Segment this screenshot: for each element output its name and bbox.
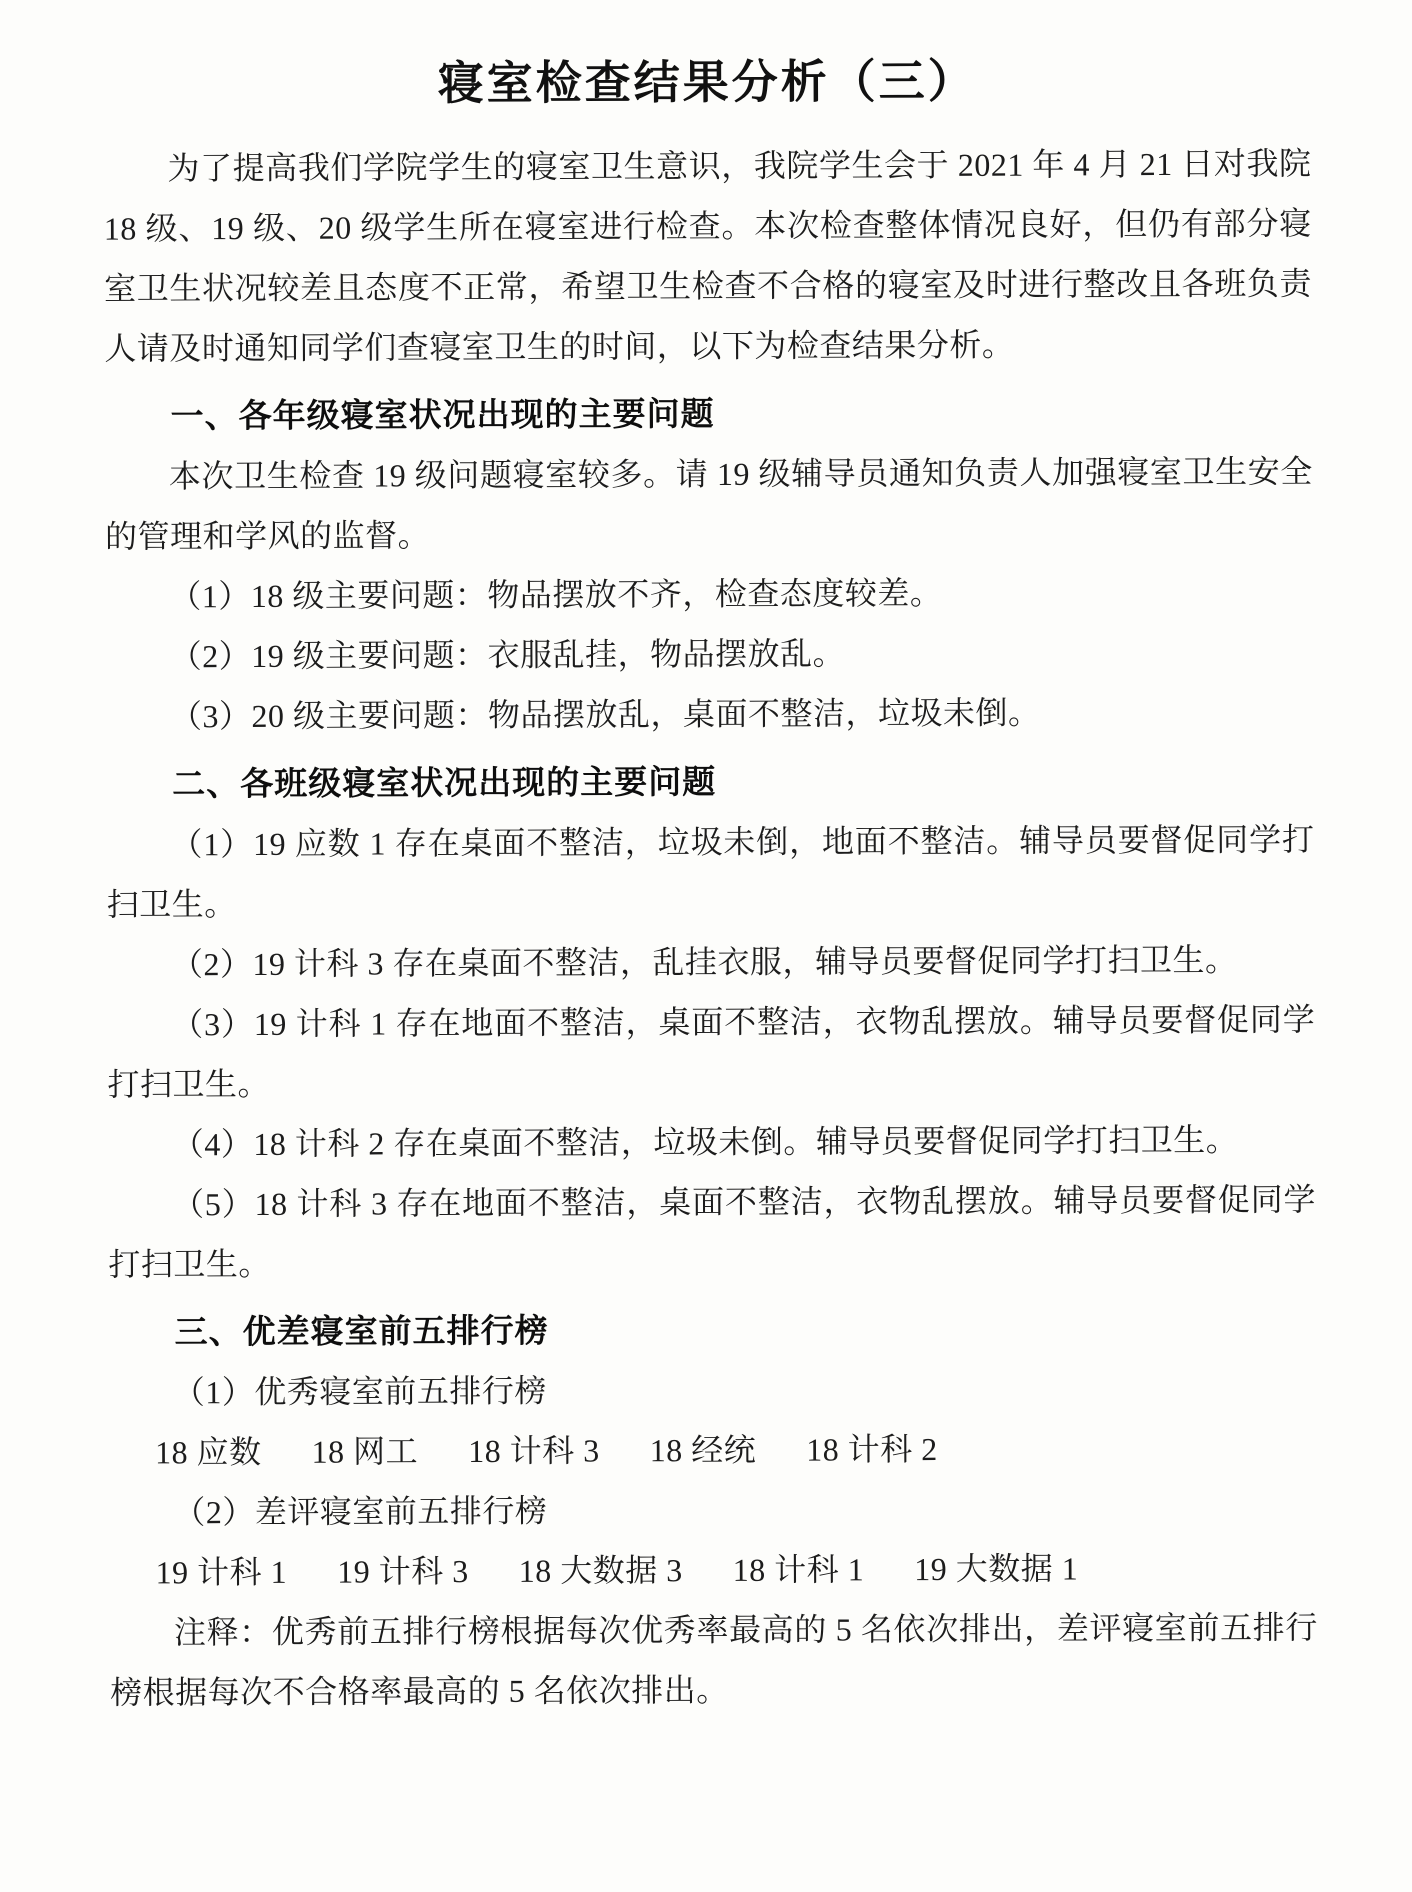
section-2-item-1: （1）19 应数 1 存在桌面不整洁，垃圾未倒，地面不整洁。辅导员要督促同学打扫… (106, 809, 1315, 934)
document-content: 寝室检查结果分析（三） 为了提高我们学院学生的寝室卫生意识，我院学生会于 202… (103, 47, 1318, 1722)
section-2-item-2: （2）19 计科 3 存在桌面不整洁，乱挂衣服，辅导员要督促同学打扫卫生。 (107, 929, 1315, 994)
excellent-dorm-rank-row: 18 应数 18 网工 18 计科 3 18 经统 18 计科 2 (109, 1417, 1317, 1482)
section-3-heading: 三、优差寝室前五排行榜 (108, 1297, 1316, 1362)
poor-dorm-rank-row: 19 计科 1 19 计科 3 18 大数据 3 18 计科 1 19 大数据 … (110, 1537, 1318, 1602)
poor-rank-entry-1: 19 计科 1 (156, 1542, 288, 1603)
poor-dorm-sublist-label: （2）差评寝室前五排行榜 (109, 1477, 1317, 1542)
document-title: 寝室检查结果分析（三） (103, 47, 1311, 116)
section-1-item-1: （1）18 级主要问题：物品摆放不齐，检查态度较差。 (105, 561, 1313, 626)
document-page: 寝室检查结果分析（三） 为了提高我们学院学生的寝室卫生意识，我院学生会于 202… (0, 0, 1412, 1892)
section-2-item-3: （3）19 计科 1 存在地面不整洁，桌面不整洁，衣物乱摆放。辅导员要督促同学打… (107, 989, 1316, 1114)
intro-paragraph: 为了提高我们学院学生的寝室卫生意识，我院学生会于 2021 年 4 月 21 日… (103, 133, 1312, 378)
section-2-item-5: （5）18 计科 3 存在地面不整洁，桌面不整洁，衣物乱摆放。辅导员要督促同学打… (108, 1169, 1317, 1294)
poor-rank-entry-3: 18 大数据 3 (519, 1540, 683, 1601)
section-1-item-3: （3）20 级主要问题：物品摆放乱，桌面不整洁，垃圾未倒。 (106, 681, 1314, 746)
poor-rank-entry-5: 19 大数据 1 (914, 1538, 1078, 1599)
note-paragraph: 注释：优秀前五排行榜根据每次优秀率最高的 5 名依次排出，差评寝室前五排行榜根据… (110, 1597, 1319, 1722)
section-1-lead-paragraph: 本次卫生检查 19 级问题寝室较多。请 19 级辅导员通知负责人加强寝室卫生安全… (105, 441, 1314, 566)
excellent-rank-entry-4: 18 经统 (650, 1420, 757, 1480)
poor-rank-entry-4: 18 计科 1 (733, 1539, 865, 1600)
excellent-rank-entry-3: 18 计科 3 (468, 1420, 600, 1481)
poor-rank-entry-2: 19 计科 3 (337, 1541, 469, 1602)
section-1-heading: 一、各年级寝室状况出现的主要问题 (104, 381, 1312, 446)
section-2-item-4: （4）18 计科 2 存在桌面不整洁，垃圾未倒。辅导员要督促同学打扫卫生。 (108, 1109, 1316, 1174)
excellent-dorm-sublist-label: （1）优秀寝室前五排行榜 (109, 1357, 1317, 1422)
excellent-rank-entry-2: 18 网工 (311, 1421, 418, 1481)
excellent-rank-entry-5: 18 计科 2 (806, 1419, 938, 1480)
section-2-heading: 二、各班级寝室状况出现的主要问题 (106, 749, 1314, 814)
excellent-rank-entry-1: 18 应数 (155, 1422, 262, 1482)
section-1-item-2: （2）19 级主要问题：衣服乱挂，物品摆放乱。 (106, 621, 1314, 686)
